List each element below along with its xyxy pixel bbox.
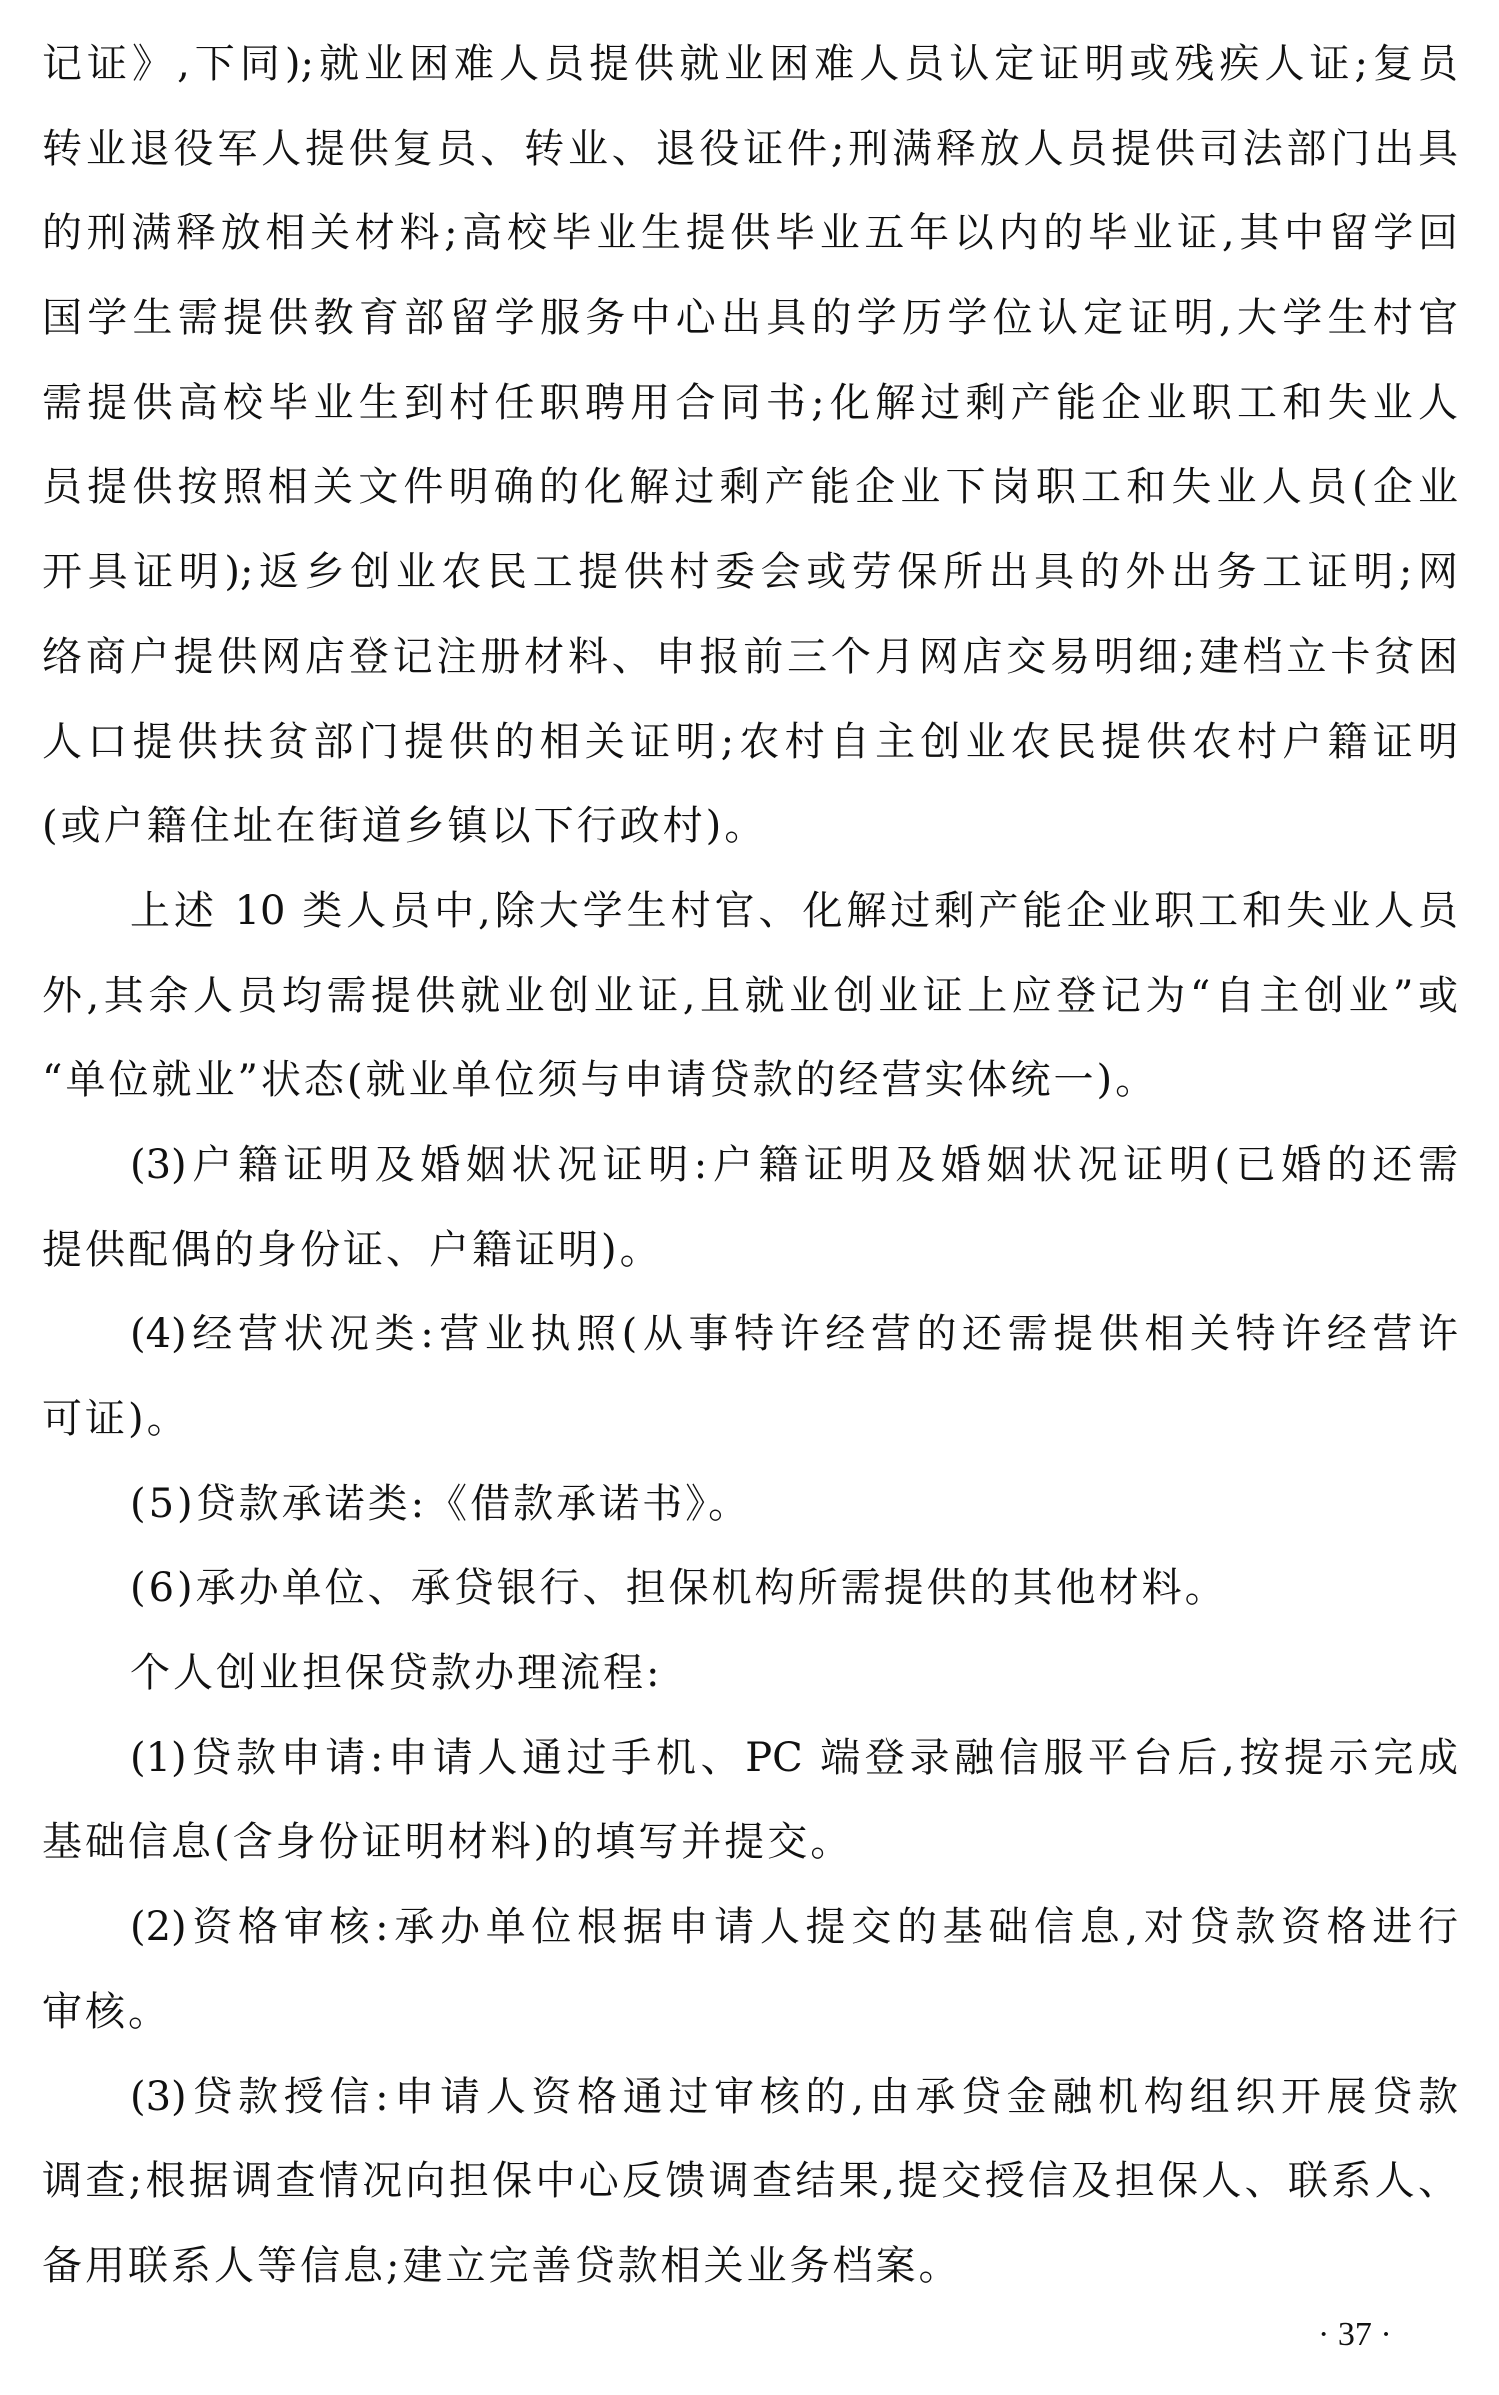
list-item-loan-commitment: (5)贷款承诺类:《借款承诺书》。	[42, 1462, 1458, 1547]
page-body-text: 记证》,下同);就业困难人员提供就业困难人员认定证明或残疾人证;复员 转业退役军…	[42, 22, 1458, 2309]
text-line: 记证》,下同);就业困难人员提供就业困难人员认定证明或残疾人证;复员	[42, 22, 1458, 107]
text-line: 调查;根据调查情况向担保中心反馈调查结果,提交授信及担保人、联系人、	[42, 2139, 1458, 2224]
list-item-business-status: (4)经营状况类:营业执照(从事特许经营的还需提供相关特许经营许	[42, 1292, 1458, 1377]
section-heading-process: 个人创业担保贷款办理流程:	[42, 1631, 1458, 1716]
text-line: 审核。	[42, 1970, 1458, 2055]
text-line: 络商户提供网店登记注册材料、申报前三个月网店交易明细;建档立卡贫困	[42, 615, 1458, 700]
text-line: “单位就业”状态(就业单位须与申请贷款的经营实体统一)。	[42, 1038, 1458, 1123]
text-line: 备用联系人等信息;建立完善贷款相关业务档案。	[42, 2224, 1458, 2309]
text-line: 转业退役军人提供复员、转业、退役证件;刑满释放人员提供司法部门出具	[42, 107, 1458, 192]
step-qualification-review: (2)资格审核:承办单位根据申请人提交的基础信息,对贷款资格进行	[42, 1885, 1458, 1970]
paragraph-first-line: 上述 10 类人员中,除大学生村官、化解过剩产能企业职工和失业人员	[42, 869, 1458, 954]
step-loan-credit: (3)贷款授信:申请人资格通过审核的,由承贷金融机构组织开展贷款	[42, 2055, 1458, 2140]
page-number: · 37 ·	[1318, 2312, 1392, 2358]
list-item-other-materials: (6)承办单位、承贷银行、担保机构所需提供的其他材料。	[42, 1546, 1458, 1631]
text-line: 国学生需提供教育部留学服务中心出具的学历学位认定证明,大学生村官	[42, 276, 1458, 361]
text-line: 基础信息(含身份证明材料)的填写并提交。	[42, 1800, 1458, 1885]
text-line: 外,其余人员均需提供就业创业证,且就业创业证上应登记为“自主创业”或	[42, 954, 1458, 1039]
text-line: 可证)。	[42, 1377, 1458, 1462]
text-line: 开具证明);返乡创业农民工提供村委会或劳保所出具的外出务工证明;网	[42, 530, 1458, 615]
text-line: 的刑满释放相关材料;高校毕业生提供毕业五年以内的毕业证,其中留学回	[42, 191, 1458, 276]
list-item-household-marriage-proof: (3)户籍证明及婚姻状况证明:户籍证明及婚姻状况证明(已婚的还需	[42, 1123, 1458, 1208]
text-line: 人口提供扶贫部门提供的相关证明;农村自主创业农民提供农村户籍证明	[42, 700, 1458, 785]
text-line: (或户籍住址在街道乡镇以下行政村)。	[42, 784, 1458, 869]
text-line: 需提供高校毕业生到村任职聘用合同书;化解过剩产能企业职工和失业人	[42, 361, 1458, 446]
text-line: 员提供按照相关文件明确的化解过剩产能企业下岗职工和失业人员(企业	[42, 445, 1458, 530]
step-loan-application: (1)贷款申请:申请人通过手机、PC 端登录融信服平台后,按提示完成	[42, 1716, 1458, 1801]
text-line: 提供配偶的身份证、户籍证明)。	[42, 1208, 1458, 1293]
